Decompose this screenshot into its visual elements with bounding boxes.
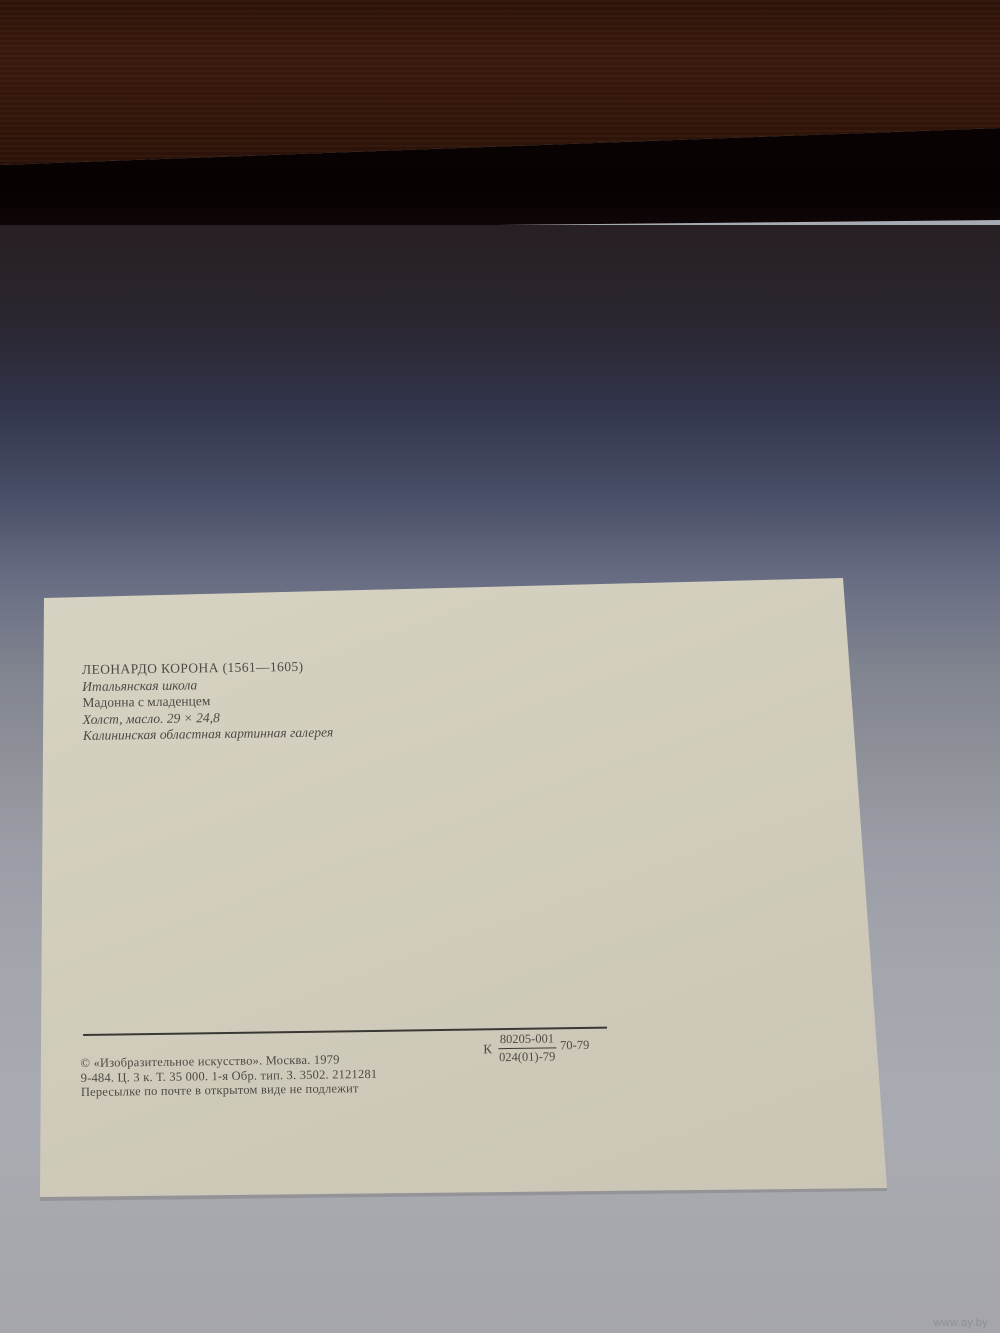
catalog-denominator: 024(01)-79 (499, 1048, 555, 1065)
artist-name: ЛЕОНАРДО КОРОНА (1561—1605) (82, 658, 333, 678)
catalog-prefix: К (483, 1041, 492, 1057)
catalog-suffix: 70-79 (560, 1038, 589, 1053)
postcard-text: ЛЕОНАРДО КОРОНА (1561—1605) Итальянская … (0, 0, 1000, 1333)
artwork-collection: Калининская областная картинная галерея (83, 724, 334, 744)
artwork-caption: ЛЕОНАРДО КОРОНА (1561—1605) Итальянская … (82, 658, 334, 744)
site-watermark: www.ay.by (934, 1317, 988, 1329)
catalog-fraction: 80205-001 024(01)-79 (498, 1031, 557, 1065)
catalog-numerator: 80205-001 (498, 1031, 556, 1049)
catalog-code: К 80205-001 024(01)-79 70-79 (483, 1031, 589, 1065)
photo-scene: ЛЕОНАРДО КОРОНА (1561—1605) Итальянская … (0, 0, 1000, 1333)
publisher-imprint: © «Изобразительное искусство». Москва. 1… (80, 1052, 377, 1100)
postal-notice-line: Пересылке по почте в открытом виде не по… (81, 1081, 378, 1100)
